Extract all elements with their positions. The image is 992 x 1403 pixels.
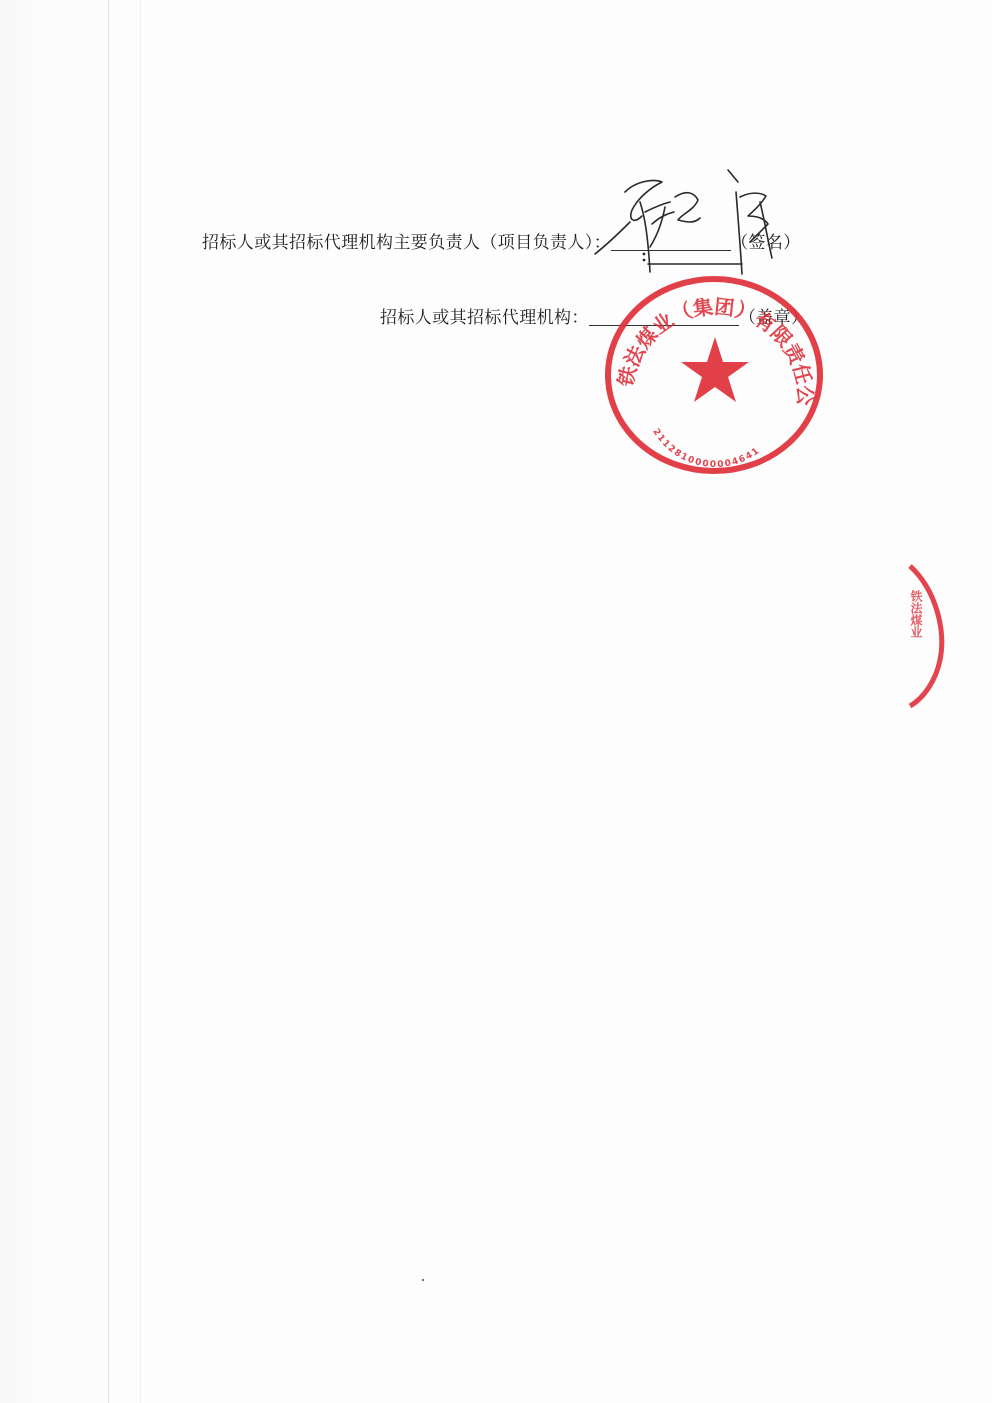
official-seal: 铁法煤业（集团）有限责任公司招标采购管理中心 2112810000004641 (602, 275, 824, 475)
handwritten-signature (590, 162, 810, 277)
agency-label: 招标人或其招标代理机构： (380, 308, 589, 328)
edge-seal-fragment: 铁法煤业 (896, 560, 956, 710)
scan-speck (422, 1279, 424, 1281)
scan-artifact-line (140, 0, 141, 1403)
signatory-label: 招标人或其招标代理机构主要负责人（项目负责人）： (202, 233, 611, 253)
scanned-page: 招标人或其招标代理机构主要负责人（项目负责人）：（签名） 招标人或其招标代理机构… (0, 0, 992, 1403)
star-icon (681, 337, 749, 402)
edge-seal-text: 铁法煤业 (909, 589, 923, 638)
scan-artifact-line (108, 0, 109, 1403)
